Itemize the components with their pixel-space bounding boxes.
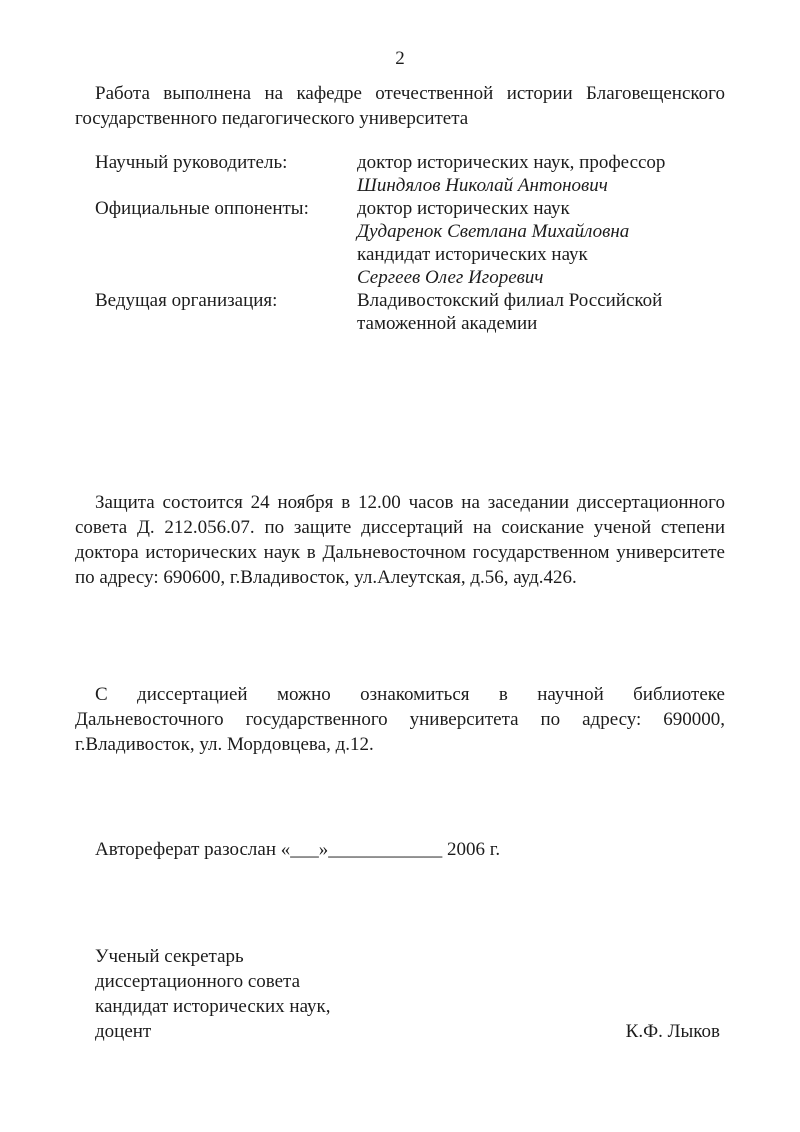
abstract-mailed-line: Автореферат разослан «___»____________ 2…	[75, 837, 725, 862]
empty-label	[95, 243, 357, 266]
credentials-row: Дударенок Светлана Михайловна	[75, 220, 725, 243]
credentials-row: таможенной академии	[75, 312, 725, 335]
empty-label	[95, 174, 357, 197]
opponents-label: Официальные оппоненты:	[95, 197, 357, 220]
signature-title-line: кандидат исторических наук,	[95, 994, 725, 1019]
empty-label	[95, 312, 357, 335]
credentials-row: кандидат исторических наук	[75, 243, 725, 266]
empty-label	[95, 220, 357, 243]
opponent-2-degree: кандидат исторических наук	[357, 243, 725, 266]
supervisor-name: Шиндялов Николай Антонович	[357, 174, 725, 197]
credentials-row: Сергеев Олег Игоревич	[75, 266, 725, 289]
credentials-block: Научный руководитель: доктор исторически…	[75, 151, 725, 335]
leading-organization-line-1: Владивостокский филиал Российской	[357, 289, 725, 312]
signature-title-line: Ученый секретарь	[95, 944, 725, 969]
credentials-row: Шиндялов Николай Антонович	[75, 174, 725, 197]
secretary-name: К.Ф. Лыков	[626, 1019, 720, 1044]
opponent-2-name: Сергеев Олег Игоревич	[357, 266, 725, 289]
library-paragraph: С диссертацией можно ознакомиться в науч…	[75, 682, 725, 757]
credentials-row: Научный руководитель: доктор исторически…	[75, 151, 725, 174]
signature-block: Ученый секретарь диссертационного совета…	[95, 944, 725, 1044]
opponent-1-degree: доктор исторических наук	[357, 197, 725, 220]
supervisor-degree: доктор исторических наук, профессор	[357, 151, 725, 174]
leading-organization-label: Ведущая организация:	[95, 289, 357, 312]
leading-organization-line-2: таможенной академии	[357, 312, 725, 335]
page-number: 2	[75, 46, 725, 71]
document-page: 2 Работа выполнена на кафедре отечествен…	[0, 0, 800, 1132]
credentials-row: Ведущая организация: Владивостокский фил…	[75, 289, 725, 312]
signature-title-line: диссертационного совета	[95, 969, 725, 994]
intro-paragraph: Работа выполнена на кафедре отечественно…	[75, 81, 725, 131]
credentials-row: Официальные оппоненты: доктор историческ…	[75, 197, 725, 220]
defense-paragraph: Защита состоится 24 ноября в 12.00 часов…	[75, 490, 725, 590]
empty-label	[95, 266, 357, 289]
opponent-1-name: Дударенок Светлана Михайловна	[357, 220, 725, 243]
supervisor-label: Научный руководитель:	[95, 151, 357, 174]
